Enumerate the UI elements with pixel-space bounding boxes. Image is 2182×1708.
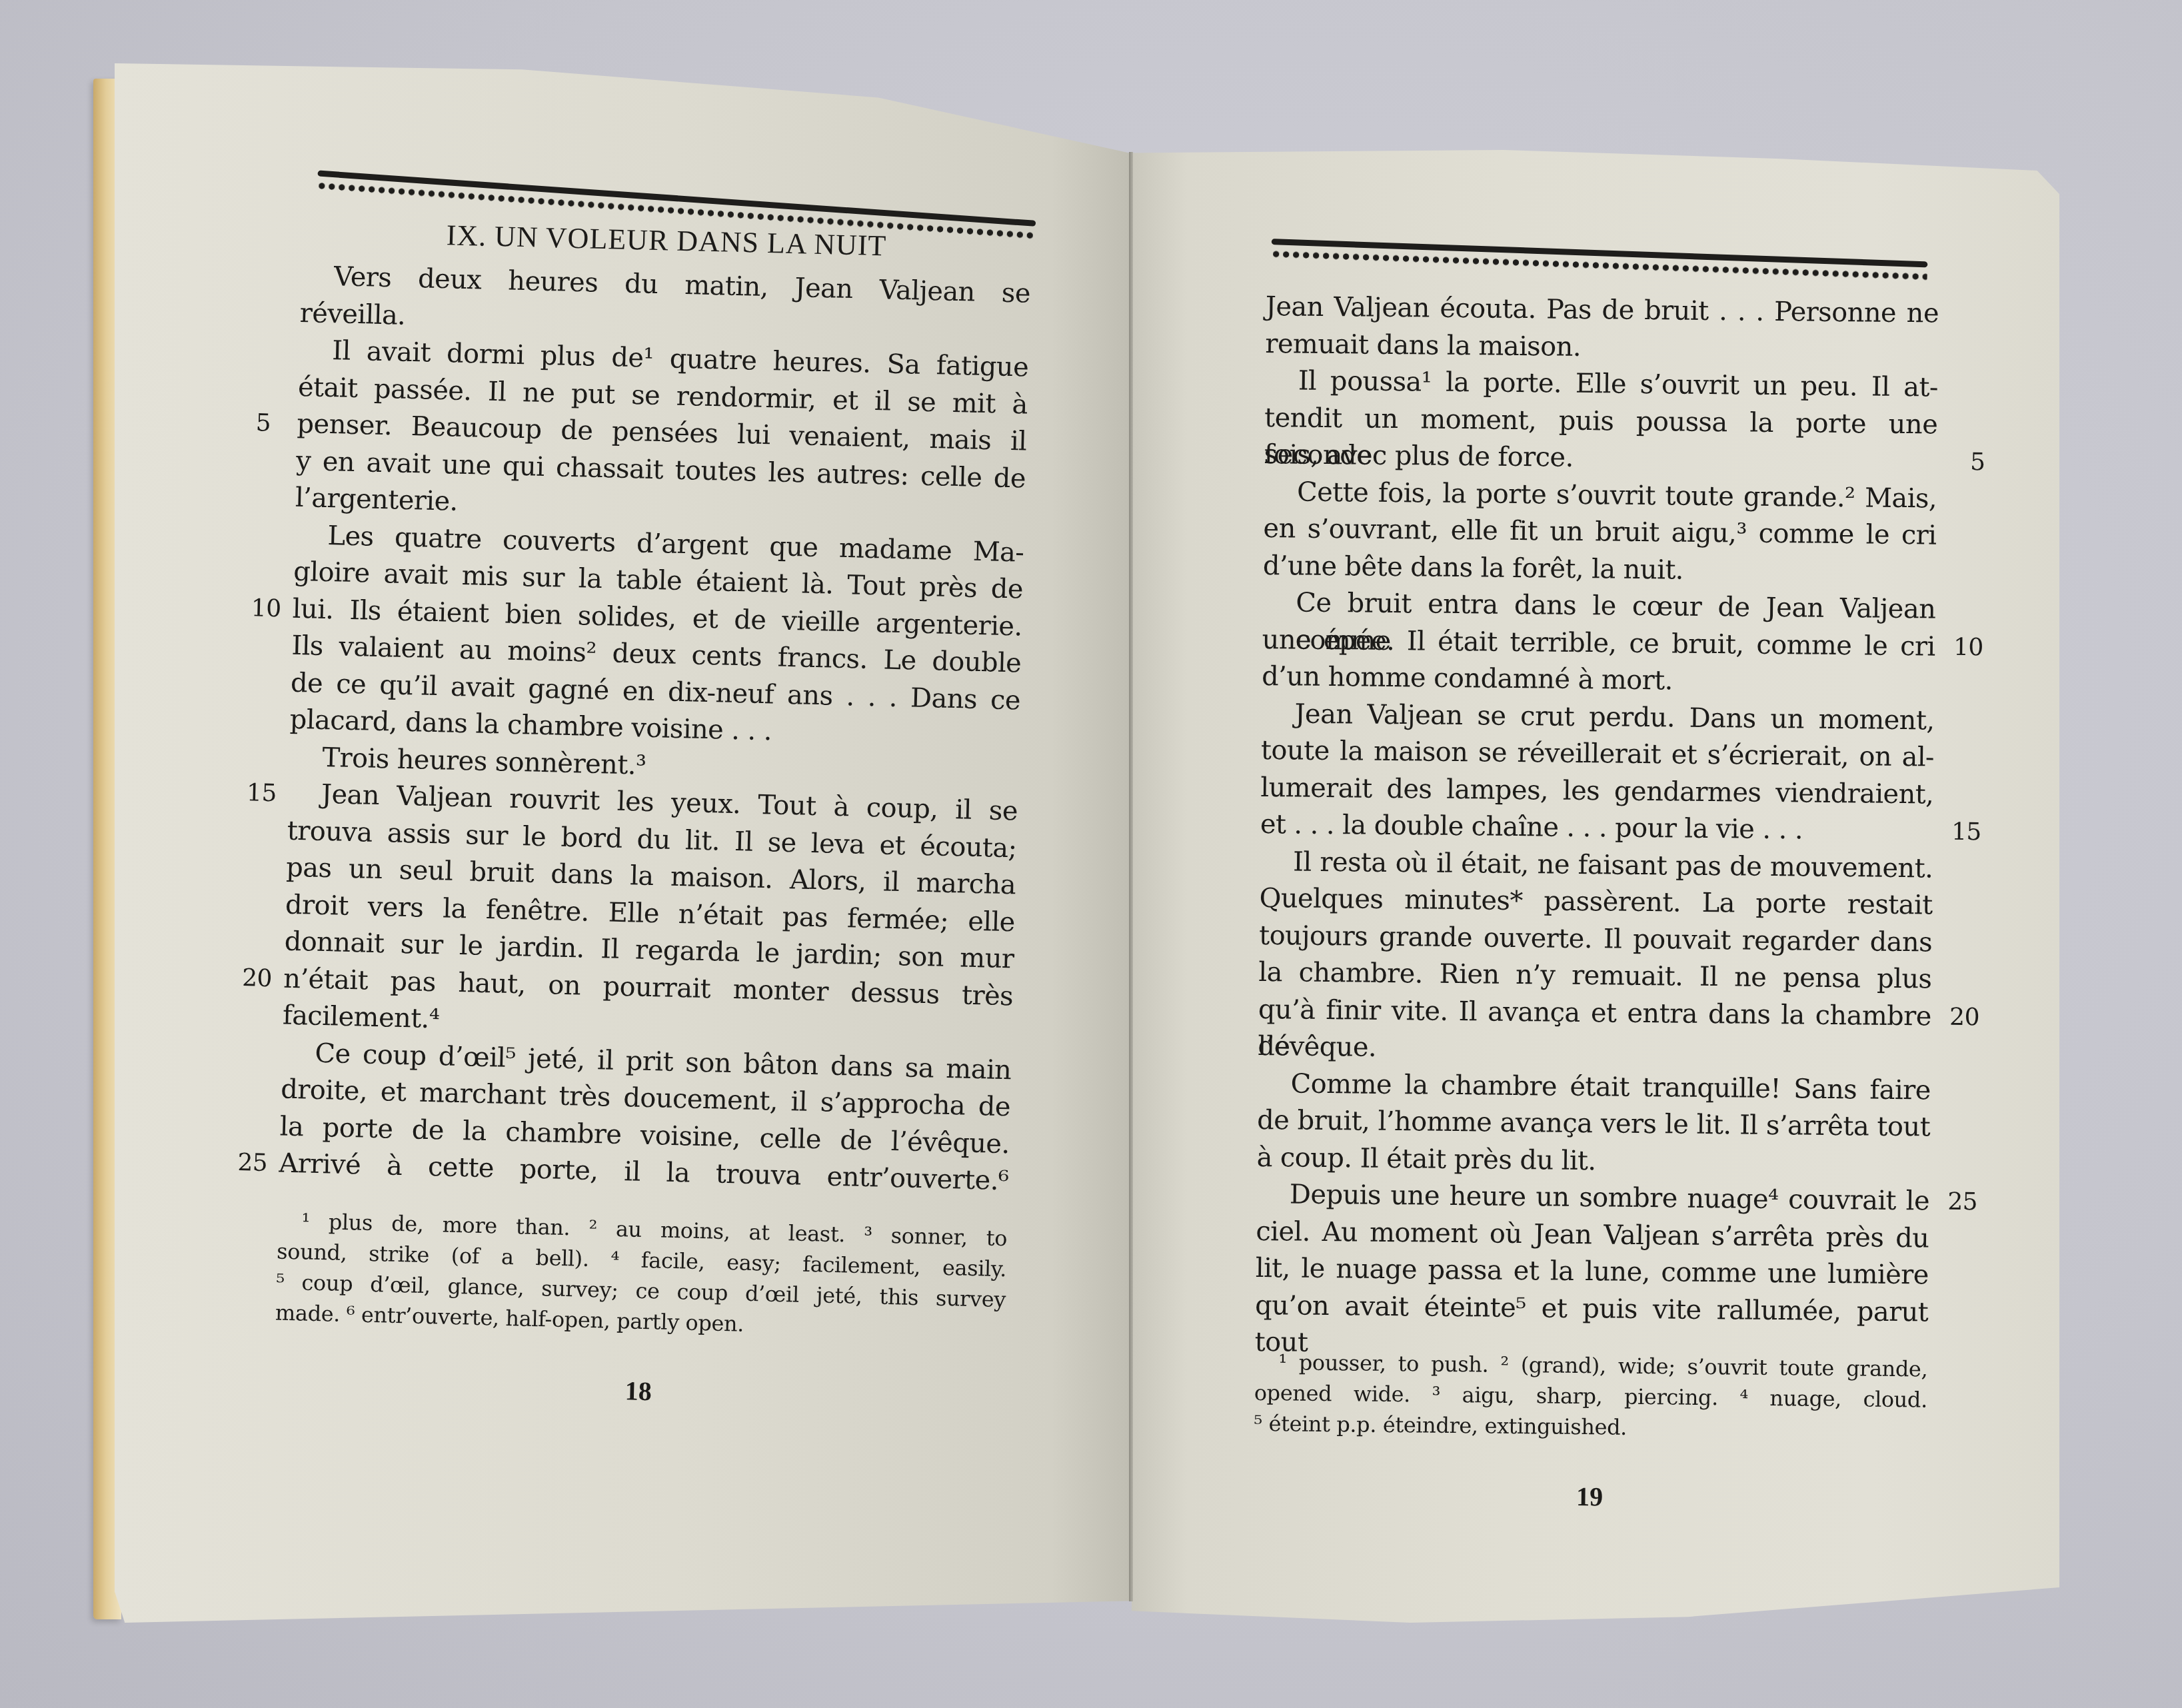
line-number-marker: 25 (237, 1144, 268, 1182)
right-body-text: Jean Valjean écouta. Pas de bruit . . . … (1255, 289, 1939, 1331)
text-line-content: Il poussa¹ la porte. Elle s’ouvrit un pe… (1298, 363, 1938, 407)
text-line-content: Cette fois, la porte s’ouvrit toute gran… (1297, 474, 1937, 518)
right-page-content: Jean Valjean écouta. Pas de bruit . . . … (1253, 239, 1939, 1515)
left-body-text: Vers deux heures du matin, Jean Valjean … (279, 258, 1031, 1200)
line-number-marker: 5 (255, 405, 271, 442)
line-number-marker: 25 (1947, 1184, 1977, 1221)
line-number-marker: 20 (1949, 998, 1979, 1036)
line-number-marker: 15 (1951, 814, 1981, 851)
book-gutter (1129, 152, 1133, 1601)
line-number-marker: 10 (251, 590, 281, 628)
text-line-content: Jean Valjean se crut perdu. Dans un mome… (1294, 696, 1935, 740)
line-number-marker: 5 (1970, 444, 1985, 481)
text-line-content: Depuis une heure un sombre nuage⁴ couvra… (1290, 1176, 1930, 1220)
left-footnotes: ¹ plus de, more than. ² au moins, at lea… (275, 1205, 1008, 1345)
text-line: qu’on avait éteinte⁵ et puis vite rallum… (1255, 1287, 1929, 1331)
line-number-marker: 20 (242, 960, 273, 998)
text-line-content: Comme la chambre était tranquille! Sans … (1290, 1066, 1931, 1110)
left-page-content: IX. UN VOLEUR DANS LA NUIT Vers deux heu… (273, 170, 1033, 1415)
line-number-marker: 15 (246, 774, 277, 812)
text-line-content: qu’on avait éteinte⁵ et puis vite rallum… (1254, 1287, 1928, 1368)
text-line-content: Il resta où il était, ne faisant pas de … (1293, 844, 1933, 888)
line-number-marker: 10 (1953, 628, 1983, 666)
